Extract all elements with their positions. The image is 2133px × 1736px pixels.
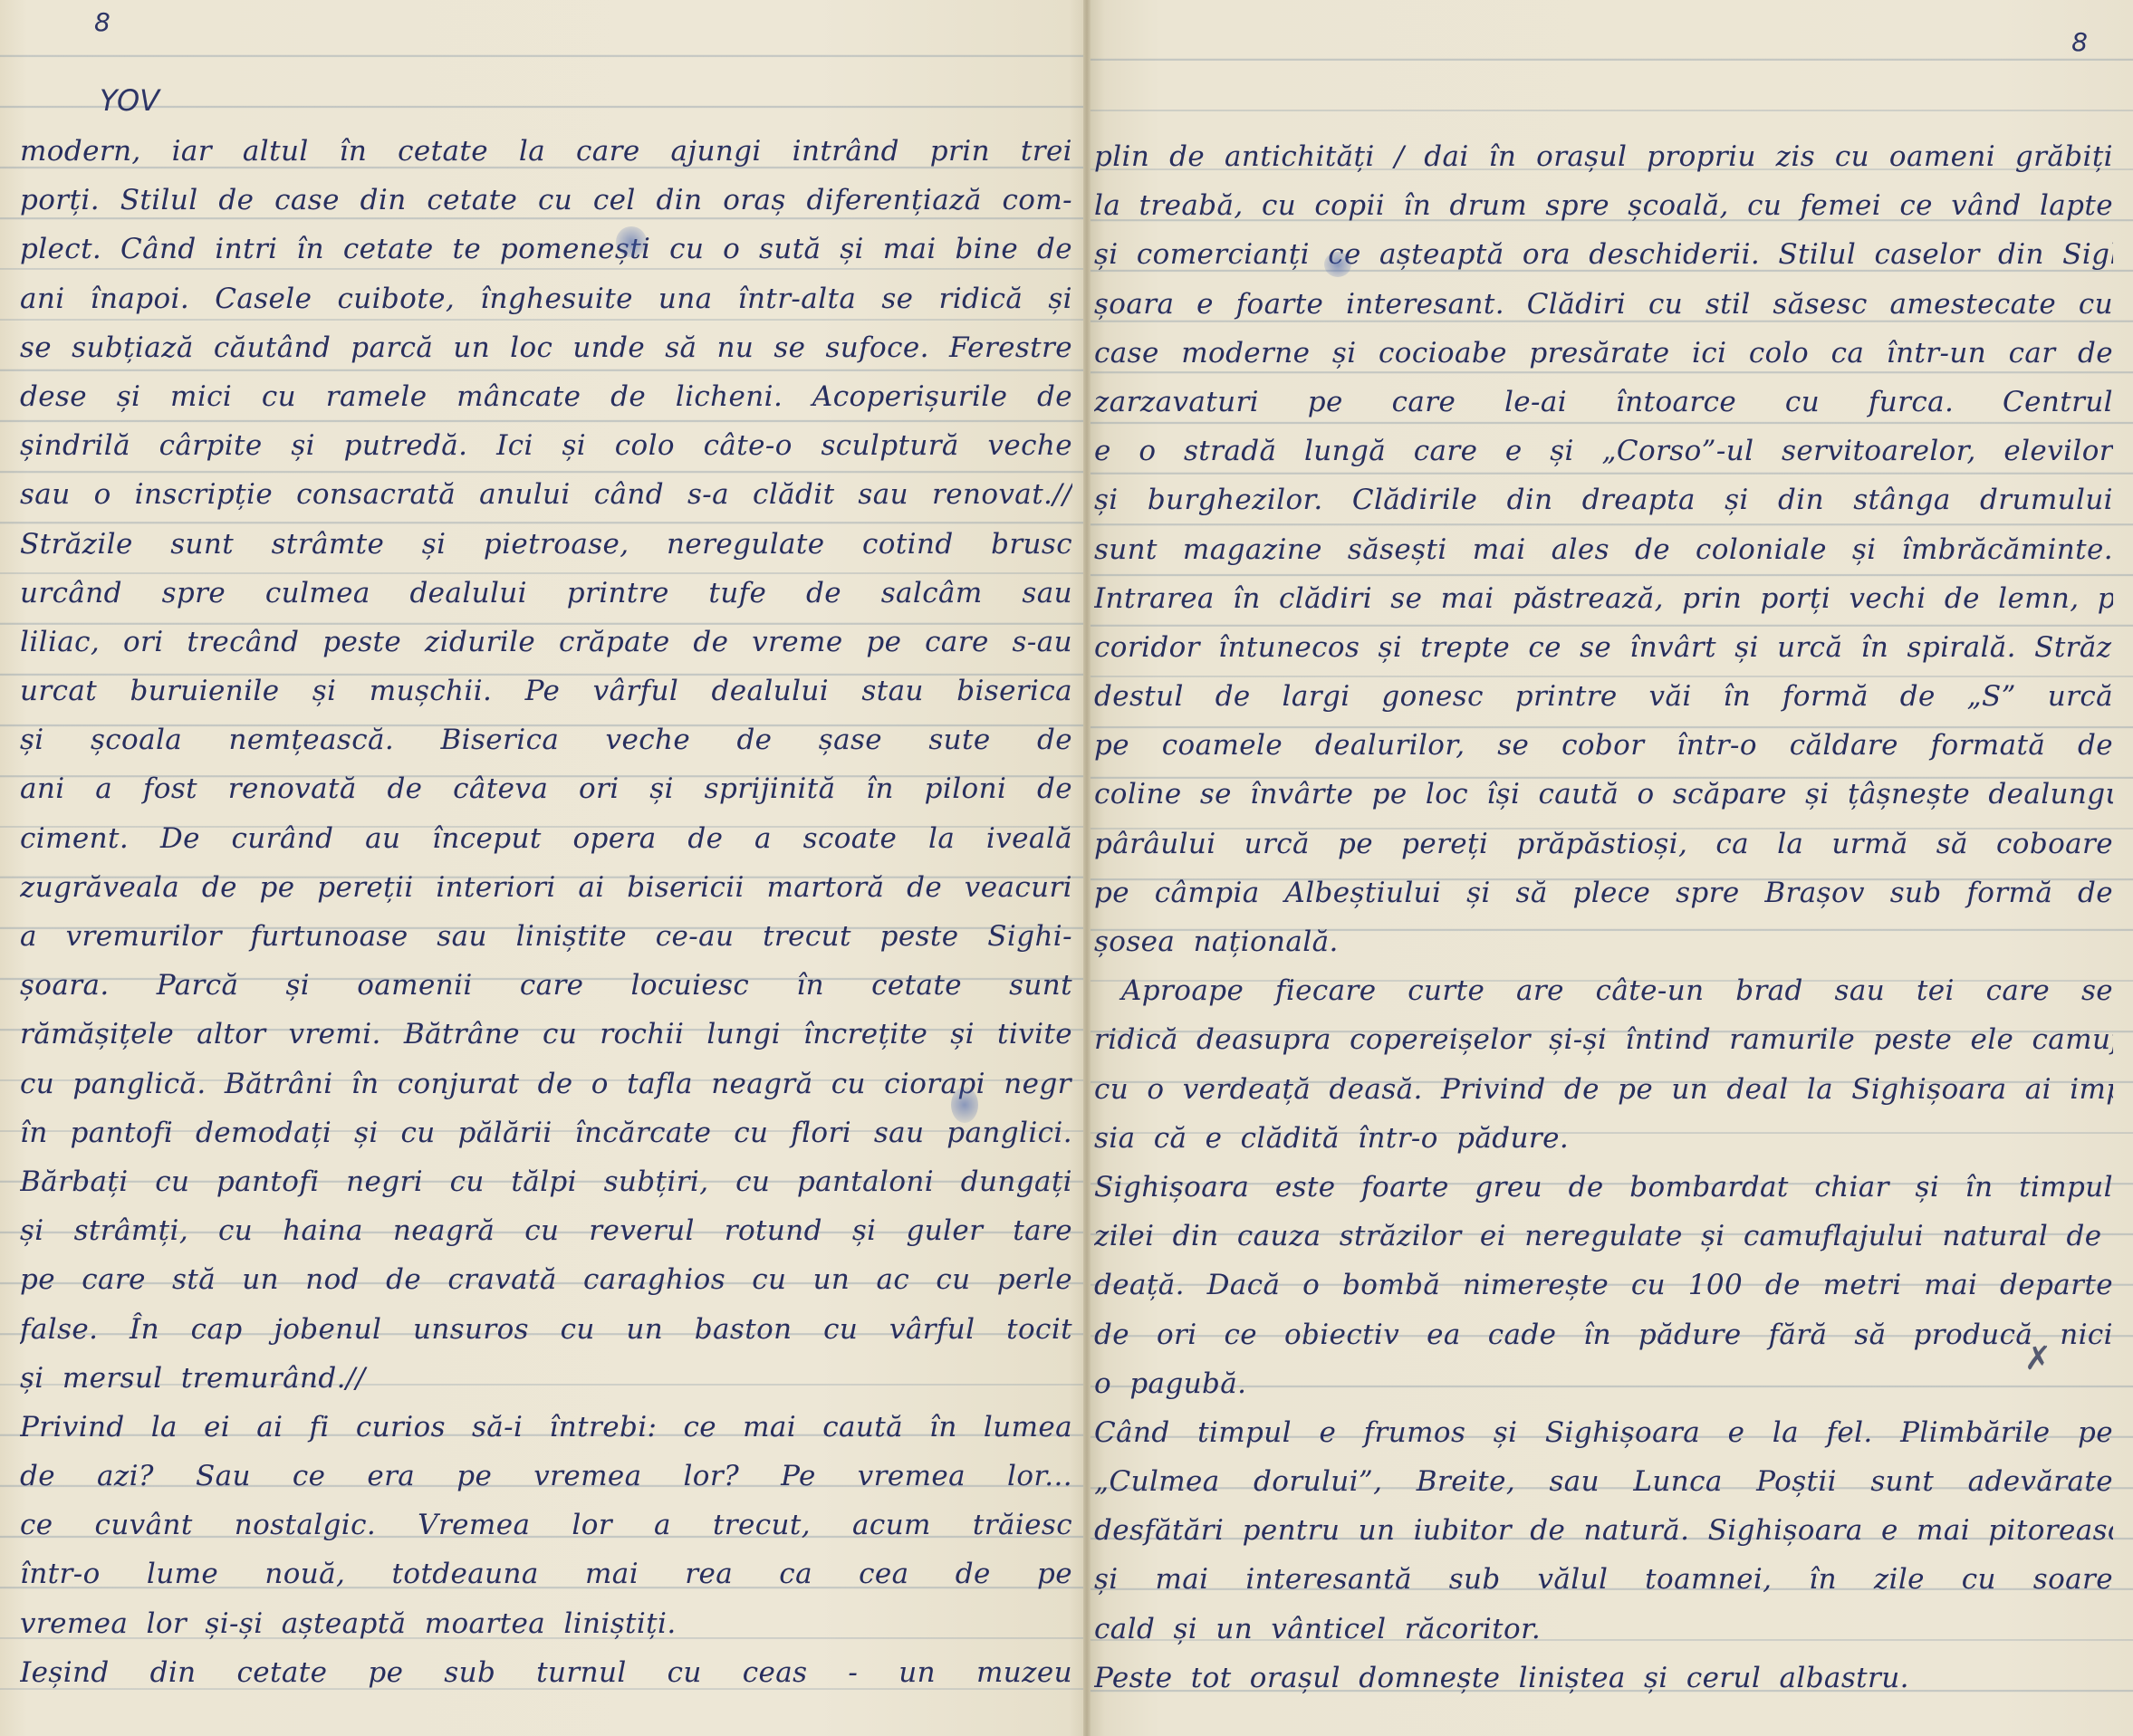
text-line: de ori ce obiectiv ea cade în pădure făr… (1094, 1310, 2113, 1359)
text-line: vremea lor și-și așteaptă moartea linișt… (20, 1599, 1072, 1648)
text-line: dese și mici cu ramele mâncate de lichen… (20, 372, 1072, 421)
text-line: de azi? Sau ce era pe vremea lor? Pe vre… (20, 1452, 1072, 1501)
text-line: șosea națională. (1094, 917, 2113, 966)
text-line: Când timpul e frumos și Sighișoara e la … (1094, 1408, 2113, 1457)
text-line: ani a fost renovată de câteva ori și spr… (20, 764, 1072, 813)
page-number: 8 (2071, 27, 2088, 57)
page-number: 8 (94, 7, 110, 37)
text-line: sunt magazine săsești mai ales de coloni… (1094, 525, 2113, 574)
text-line: în pantofi demodați și cu pălării încărc… (20, 1108, 1072, 1157)
text-line: cald și un vânticel răcoritor. (1094, 1605, 2113, 1654)
text-line: false. În cap jobenul unsuros cu un bast… (20, 1305, 1072, 1354)
text-line: plin de antichități / dai în orașul prop… (1094, 132, 2113, 181)
text-line: coridor întunecos și trepte ce se învârt… (1094, 623, 2113, 672)
text-line: ani înapoi. Casele cuibote, înghesuite u… (20, 274, 1072, 323)
text-line: modern, iar altul în cetate la care ajun… (20, 127, 1072, 176)
ink-blot (951, 1087, 978, 1123)
text-line: desfătări pentru un iubitor de natură. S… (1094, 1506, 2113, 1555)
text-line: porți. Stilul de case din cetate cu cel … (20, 176, 1072, 225)
text-line: sia că e clădită într-o pădure. (1094, 1114, 2113, 1163)
text-line: Privind la ei ai fi curios să-i întrebi:… (20, 1403, 1072, 1452)
text-line: și strâmți, cu haina neagră cu reverul r… (20, 1206, 1072, 1255)
text-line: la treabă, cu copii în drum spre școală,… (1094, 181, 2113, 230)
text-line: zarzavaturi pe care le-ai întoarce cu fu… (1094, 378, 2113, 427)
text-line: Străzile sunt strâmte și pietroase, nere… (20, 520, 1072, 569)
notebook-spread: 8 YOV modern, iar altul în cetate la car… (0, 0, 2133, 1736)
text-line: și școala nemțească. Biserica veche de ș… (20, 715, 1072, 764)
text-line: șoara e foarte interesant. Clădiri cu st… (1094, 280, 2113, 329)
text-line: plect. Când intri în cetate te pomenești… (20, 225, 1072, 273)
marginal-note: YOV (100, 83, 159, 118)
text-line: zilei din cauza străzilor ei neregulate … (1094, 1212, 2113, 1261)
text-line: cu panglică. Bătrâni în conjurat de o ta… (20, 1060, 1072, 1108)
text-line: Ieșind din cetate pe sub turnul cu ceas … (20, 1648, 1072, 1697)
text-line: zugrăveala de pe pereții interiori ai bi… (20, 863, 1072, 912)
text-line: Bărbați cu pantofi negri cu tălpi subțir… (20, 1157, 1072, 1206)
text-line: rămășițele altor vremi. Bătrâne cu rochi… (20, 1010, 1072, 1059)
text-line: liliac, ori trecând peste zidurile crăpa… (20, 618, 1072, 667)
text-line: pe câmpia Albeștiului și să plece spre B… (1094, 868, 2113, 917)
text-line: coline se învârte pe loc își caută o scă… (1094, 770, 2113, 819)
left-page: 8 YOV modern, iar altul în cetate la car… (0, 0, 1087, 1736)
text-line: șoara. Parcă și oamenii care locuiesc în… (20, 961, 1072, 1010)
text-line: pe coamele dealurilor, se cobor într-o c… (1094, 721, 2113, 770)
text-line: a vremurilor furtunoase sau liniștite ce… (20, 912, 1072, 961)
text-line: Peste tot orașul domnește liniștea și ce… (1094, 1654, 2113, 1702)
handwritten-text: modern, iar altul în cetate la care ajun… (0, 127, 1087, 1697)
text-line: cu o verdeață deasă. Privind de pe un de… (1094, 1065, 2113, 1114)
text-line: sau o inscripție consacrată anului când … (20, 470, 1072, 519)
text-line: se subțiază căutând parcă un loc unde să… (20, 323, 1072, 372)
text-line: și burghezilor. Clădirile din dreapta și… (1094, 475, 2113, 524)
notebook-binding (1083, 0, 1091, 1736)
text-line: urcat buruienile și mușchii. Pe vârful d… (20, 667, 1072, 715)
text-line: e o stradă lungă care e și „Corso”-ul se… (1094, 427, 2113, 475)
text-line: Sighișoara este foarte greu de bombardat… (1094, 1163, 2113, 1212)
cross-mark-icon: ✗ (2024, 1340, 2051, 1377)
right-page: 8 plin de antichități / dai în orașul pr… (1087, 0, 2133, 1736)
text-line: urcând spre culmea dealului printre tufe… (20, 569, 1072, 618)
text-line: Intrarea în clădiri se mai păstrează, pr… (1094, 574, 2113, 623)
ink-blot (1324, 252, 1351, 277)
ink-blot (616, 226, 647, 257)
text-line: și mersul tremurând.// (20, 1354, 1072, 1403)
text-line: ridică deasupra copereișelor și-și întin… (1094, 1015, 2113, 1064)
text-line: și mai interesantă sub vălul toamnei, în… (1094, 1555, 2113, 1604)
text-line: „Culmea dorului”, Breite, sau Lunca Poșt… (1094, 1457, 2113, 1506)
text-line: case moderne și cocioabe presărate ici c… (1094, 329, 2113, 378)
text-line: pârâului urcă pe pereți prăpăstioși, ca … (1094, 820, 2113, 868)
text-line: deață. Dacă o bombă nimerește cu 100 de … (1094, 1261, 2113, 1309)
handwritten-text: plin de antichități / dai în orașul prop… (1087, 132, 2133, 1702)
text-line: pe care stă un nod de cravată caraghios … (20, 1255, 1072, 1304)
text-line: destul de largi gonesc printre văi în fo… (1094, 672, 2113, 721)
text-line: ce cuvânt nostalgic. Vremea lor a trecut… (20, 1501, 1072, 1549)
text-line: ciment. De curând au început opera de a … (20, 814, 1072, 863)
text-line: și comercianți ce așteaptă ora deschider… (1094, 230, 2113, 279)
text-line: șindrilă cârpite și putredă. Ici și colo… (20, 421, 1072, 470)
text-line: o pagubă. (1094, 1359, 2113, 1408)
text-line: Aproape fiecare curte are câte-un brad s… (1094, 966, 2113, 1015)
text-line: într-o lume nouă, totdeauna mai rea ca c… (20, 1549, 1072, 1598)
